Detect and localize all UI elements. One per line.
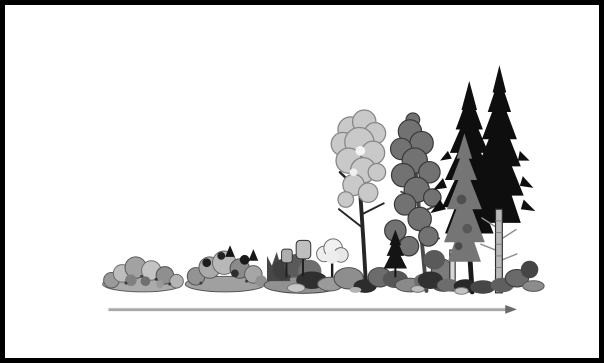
stage-1-pioneer-herb-mound: [103, 257, 184, 292]
figure-frame: [0, 0, 604, 363]
stage-3-shrubs-and-saplings: [264, 239, 348, 293]
succession-diagram: [5, 5, 599, 358]
time-arrow: [108, 305, 516, 314]
stage-2-shrub-mound: [185, 245, 267, 292]
arrowhead-icon: [505, 305, 517, 314]
